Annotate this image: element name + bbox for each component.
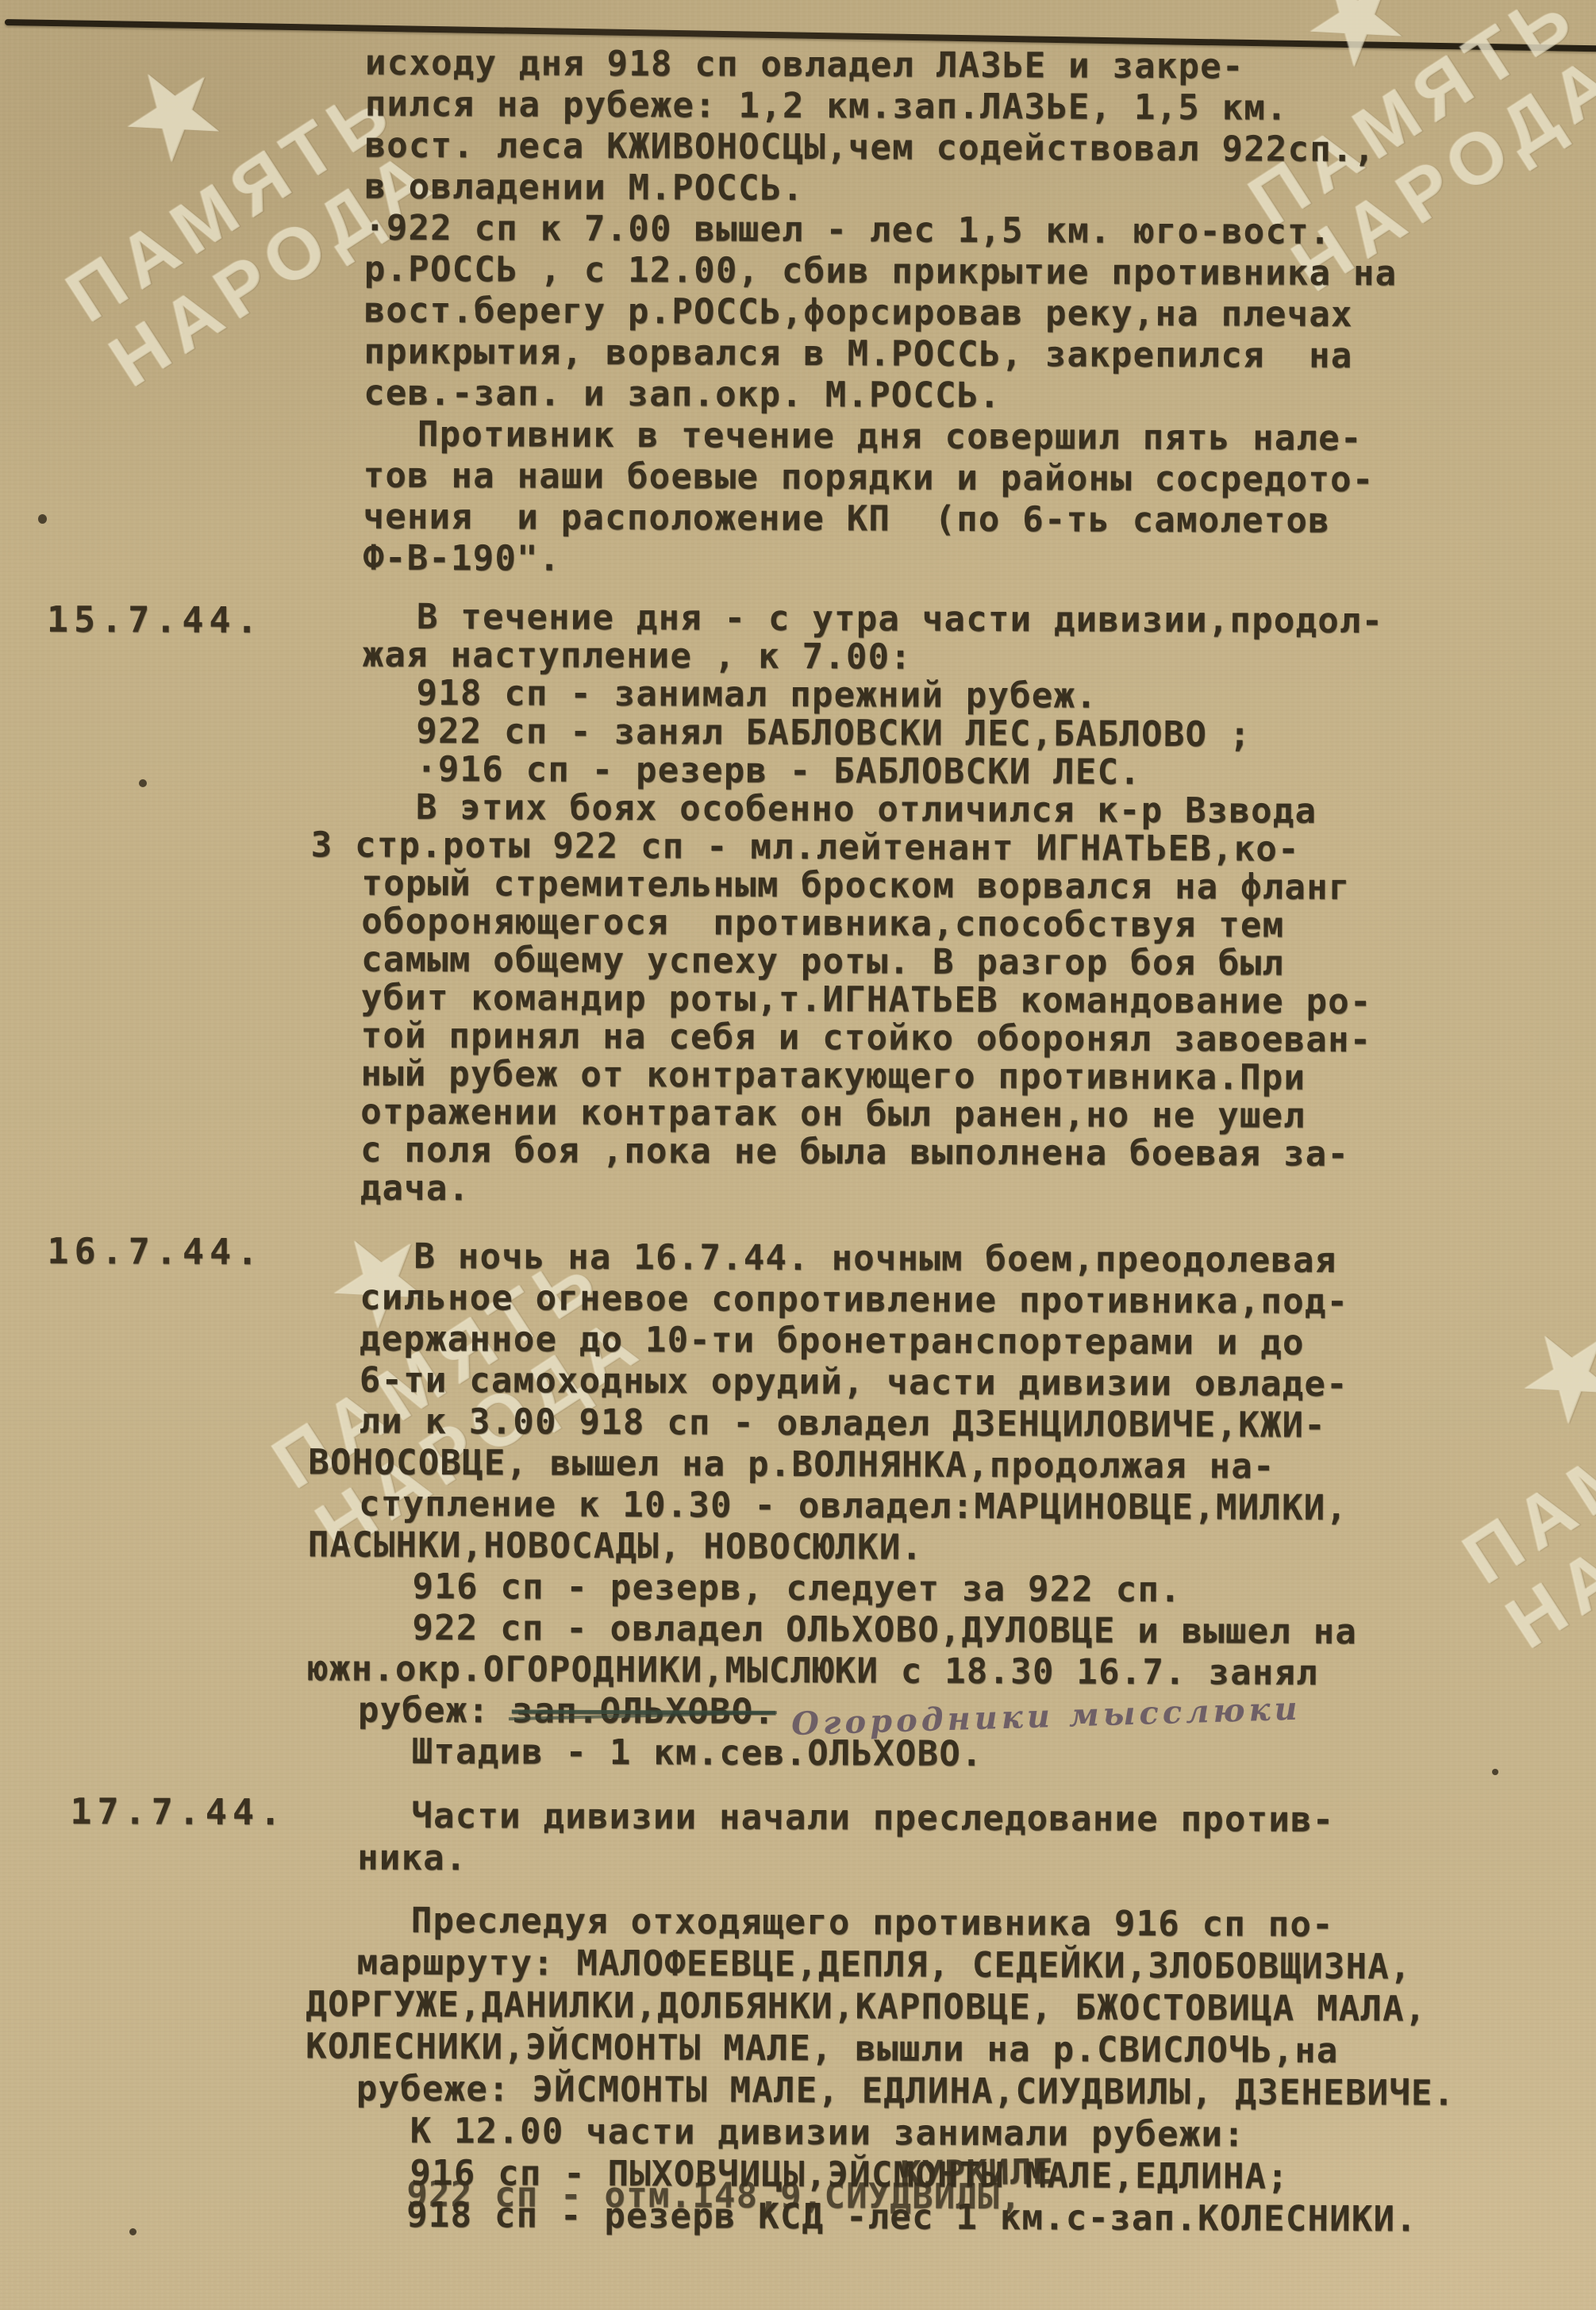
handwritten-note: Огородники мысслюки — [791, 1692, 1302, 1743]
page-content: 15.7.44. 16.7.44. 17.7.44. исходу дня 91… — [0, 0, 1596, 2310]
text-line: К 12.00 части дивизии занимали рубежи: — [410, 2110, 1456, 2157]
journal-entry-15-7-44: В течение дня - с утра части дивизии,про… — [310, 598, 1384, 1212]
text-line: Части дивизии начали преследование проти… — [411, 1795, 1456, 1842]
margin-date: 16.7.44. — [47, 1232, 263, 1272]
text-line: Ф-В-190". — [363, 538, 1396, 584]
text-line: ·922 сп к 7.00 вышел - лес 1,5 км. юго-в… — [364, 208, 1398, 254]
text-line: 6-ти самоходных орудий, части дивизии ов… — [360, 1360, 1359, 1405]
overstruck-fragment: КУРКИЛЕ — [900, 2151, 1055, 2195]
text-line: Противник в течение дня совершил пять на… — [417, 414, 1397, 459]
text-line: торый стремительным броском ворвался на … — [361, 865, 1383, 908]
text-line: 916 сп - резерв, следует за 922 сп. — [413, 1566, 1358, 1612]
text-line: маршруту: МАЛОФЕЕВЦЕ,ДЕПЛЯ, СЕДЕЙКИ,ЗЛОБ… — [356, 1942, 1456, 1989]
text-line: рубеже: ЭЙСМОНТЫ МАЛЕ, ЕДЛИНА,СИУДВИЛЫ, … — [356, 2068, 1456, 2115]
journal-entry-17-7-44: Части дивизии начали преследование проти… — [305, 1794, 1456, 2198]
scanned-document: { "page": { "paper_color": "#c4b187", "i… — [0, 0, 1596, 2310]
text-line: держанное до 10-ти бронетранспортерами и… — [360, 1319, 1359, 1364]
text-line: в овладении М.РОССЬ. — [364, 167, 1398, 213]
text-line: р.РОССЬ , с 12.00, сбив прикрытие против… — [364, 249, 1398, 295]
text-line: ДОРГУЖЕ,ДАНИЛКИ,ДОЛБЯНКИ,КАРПОВЦЕ, БЖОСТ… — [306, 1983, 1456, 2030]
text-line: убит командир роты,т.ИГНАТЬЕВ командован… — [361, 979, 1383, 1022]
ink-speck — [139, 779, 147, 787]
text-line: 3 стр.роты 922 сп - мл.лейтенант ИГНАТЬЕ… — [311, 826, 1383, 869]
text-line: самым общему успеху роты. В разгор боя б… — [361, 941, 1383, 984]
text-line: сильное огневое сопротивление противника… — [360, 1278, 1359, 1323]
text-line: В течение дня - с утра части дивизии,про… — [417, 598, 1384, 640]
ink-speck — [129, 2228, 137, 2235]
text-line: 922 сп - занял БАБЛОВСКИ ЛЕС,БАБЛОВО ; — [416, 713, 1383, 755]
text-line: с поля боя ,пока не была выполнена боева… — [360, 1132, 1382, 1174]
text-line: рубеж: зап.ОЛЬХОВО.Огородники мысслюки — [358, 1690, 1357, 1735]
text-line: 918 сп - занимал прежний рубеж. — [416, 675, 1383, 717]
text-line: ступление к 10.30 - овладел:МАРЦИНОВЦЕ,М… — [359, 1484, 1358, 1529]
text-line: обороняющегося противника,способствуя те… — [361, 903, 1383, 946]
text-line: дача. — [360, 1170, 1382, 1213]
text-line: вост. леса КЖИВОНОСЦЫ,чем содействовал 9… — [364, 125, 1398, 171]
text-line: отражении контратак он был ранен,но не у… — [360, 1094, 1382, 1136]
text-line: КОЛЕСНИКИ,ЭЙСМОНТЫ МАЛЕ, вышли на р.СВИС… — [306, 2025, 1456, 2072]
text-line: жая наступление , к 7.00: — [363, 636, 1384, 679]
text-line: ·916 сп - резерв - БАБЛОВСКИ ЛЕС. — [416, 751, 1383, 793]
typed-text: рубеж: — [358, 1690, 512, 1732]
text-line: 922 сп - овладел ОЛЬХОВО,ДУЛОВЦЕ и вышел… — [412, 1608, 1357, 1653]
text-line: сев.-зап. и зап.окр. М.РОССЬ. — [363, 373, 1397, 419]
text-line: исходу дня 918 сп овладел ЛАЗЬЕ и закре- — [365, 43, 1398, 89]
text-line: той принял на себя и стойко оборонял зав… — [361, 1017, 1383, 1060]
text-line: В ночь на 16.7.44. ночным боем,преодолев… — [413, 1236, 1359, 1282]
text-line: пился на рубеже: 1,2 км.зап.ЛАЗЬЕ, 1,5 к… — [365, 84, 1398, 130]
text-line: прикрытия, ворвался в М.РОССЬ, закрепилс… — [363, 332, 1397, 378]
struck-text: зап.ОЛЬХОВО. — [512, 1690, 776, 1732]
margin-date: 15.7.44. — [47, 600, 263, 640]
ink-speck — [1492, 1769, 1498, 1775]
text-line: ПАСЫНКИ,НОВОСАДЫ, НОВОСЮЛКИ. — [308, 1524, 1358, 1570]
text-line: ника. — [357, 1837, 1456, 1884]
journal-entry-continuation: исходу дня 918 сп овладел ЛАЗЬЕ и закре-… — [312, 42, 1398, 583]
margin-date: 17.7.44. — [70, 1792, 287, 1832]
text-line: ВОНОСОВЦЕ, вышел на р.ВОЛНЯНКА,продолжая… — [308, 1442, 1358, 1488]
ink-speck — [38, 514, 47, 524]
text-line: В этих боях особенно отличился к-р Взвод… — [416, 789, 1383, 831]
text-line: ли к 3.00 918 сп - овладел ДЗЕНЦИЛОВИЧЕ,… — [359, 1401, 1358, 1447]
text-line: вост.берегу р.РОССЬ,форсировав реку,на п… — [364, 290, 1398, 336]
journal-entry-16-7-44: В ночь на 16.7.44. ночным боем,преодолев… — [307, 1236, 1359, 1777]
text-line: Преследуя отходящего противника 916 сп п… — [411, 1900, 1456, 1947]
text-line: южн.окр.ОГОРОДНИКИ,МЫСЛЮКИ с 18.30 16.7.… — [307, 1648, 1357, 1694]
text-line: чения и расположение КП (по 6-ть самолет… — [363, 497, 1396, 543]
text-line: ный рубеж от контратакующего противника.… — [360, 1055, 1382, 1098]
text-line: тов на наши боевые порядки и районы соср… — [363, 455, 1397, 502]
overstruck-line: 918 сп - резерв КСД -лес 1 км.с-зап.КОЛЕ… — [406, 2195, 1417, 2241]
